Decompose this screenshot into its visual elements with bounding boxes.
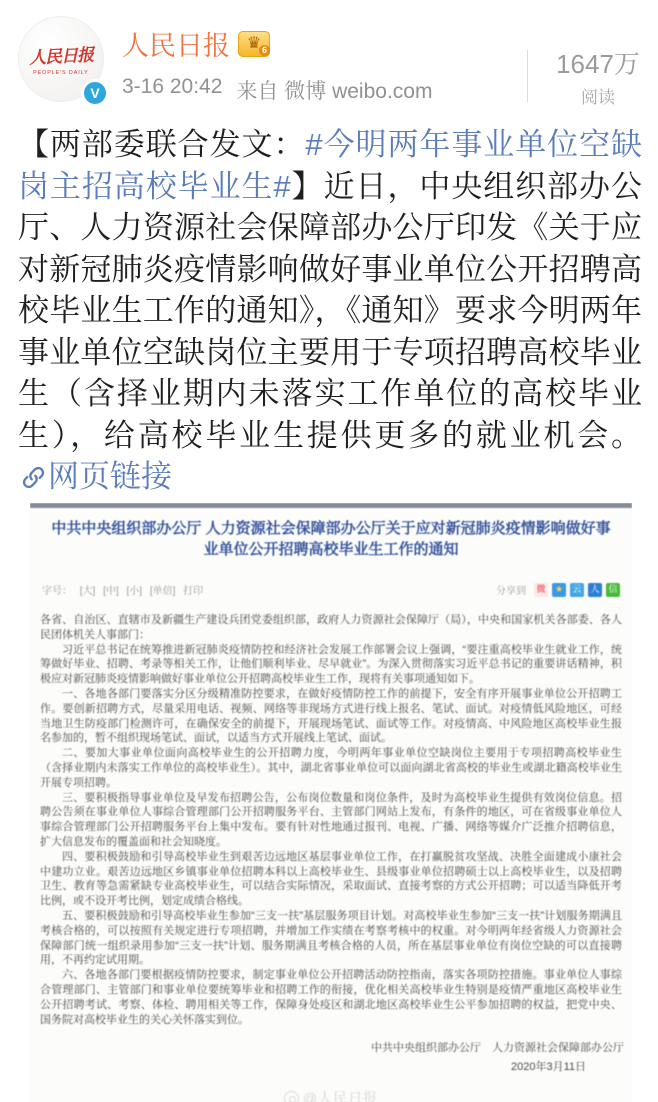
post-text-body: 】近日，中央组织部办公厅、人力资源社会保障部办公厅印发《关于应对新冠肺炎疫情影响… [18,169,642,453]
document-date: 2020年3月11日 [30,1058,632,1074]
share-bar: 分享到 微 ★ 云 人 信 [496,582,620,597]
link-icon [20,464,47,491]
doc-paragraph: 四、要积极鼓励和引导高校毕业生到艰苦边远地区基层事业单位工作，在打赢脱贫攻坚战、… [40,850,622,909]
document-body: 各省、自治区、直辖市及新疆生产建设兵团党委组织部，政府人力资源社会保障厅（局），… [40,613,622,1027]
post-source: 来自 微博 weibo.com [236,75,432,105]
doc-paragraph: 六、各地各部门要根据疫情防控要求，制定事业单位公开招聘活动防控指南，落实各项防控… [40,968,622,1027]
post-text: 【两部委联合发文：#今明两年事业单位空缺岗主招高校毕业生#】近日，中央组织部办公… [18,124,642,498]
document-signature: 中共中央组织部办公厅 人力资源社会保障部办公厅 [30,1039,632,1055]
doc-paragraph: 各省、自治区、直辖市及新疆生产建设兵团党委组织部，政府人力资源社会保障厅（局），… [40,613,622,643]
post-text-prefix: 【两部委联合发文： [18,127,305,162]
document-toolbar: 字号： [大] [中] [小] [单倍] 打印 分享到 微 ★ 云 人 信 [42,582,620,597]
sina-weibo-icon: 微 [534,583,548,597]
watermark: @人民日报 [30,1088,632,1102]
font-size-small: [小] [126,586,142,597]
web-link-label: 网页链接 [48,459,172,494]
font-size-medium: [中] [103,586,119,597]
document-title: 中共中央组织部办公厅 人力资源社会保障部办公厅关于应对新冠肺炎疫情影响做好事业单… [46,518,616,560]
reads-block: 1647万 阅读 [527,44,644,108]
document-top-bar [30,503,632,508]
web-link[interactable]: 网页链接 [18,459,172,494]
weibo-post-page: 人民日报 PEOPLE'S DAILY V 人民日报 ♛ 6 3-16 20:4… [0,0,658,1102]
font-size-label: 字号： [42,586,72,597]
font-size-large: [大] [80,586,96,597]
post-header: 人民日报 PEOPLE'S DAILY V 人民日报 ♛ 6 3-16 20:4… [0,0,658,110]
verified-icon: V [81,79,109,107]
print-label: 打印 [183,586,203,597]
qq-icon: 人 [588,583,602,597]
account-name[interactable]: 人民日报 [122,24,230,63]
vertical-divider [527,50,528,102]
doc-paragraph: 三、要积极指导事业单位及早发布招聘公告，公布岗位数量和岗位条件，及时为高校毕业生… [40,791,622,850]
font-size-controls: 字号： [大] [中] [小] [单倍] 打印 [42,582,208,597]
avatar-en-text: PEOPLE'S DAILY [33,70,89,75]
share-label: 分享到 [496,582,526,597]
watermark-text: @人民日报 [303,1088,378,1102]
doc-paragraph: 五、要积极鼓励和引导高校毕业生参加“三支一扶”基层服务项目计划。对高校毕业生参加… [40,909,622,968]
wechat-icon: 信 [606,583,620,597]
avatar[interactable]: 人民日报 PEOPLE'S DAILY V [18,16,106,104]
avatar-cn-text: 人民日报 [28,40,93,68]
doc-paragraph: 一、各地各部门要落实分区分级精准防控要求，在做好疫情防控工作的前提下，安全有序开… [40,687,622,746]
tencent-weibo-icon: 云 [570,583,584,597]
vip-level-badge: 6 [259,45,270,56]
reads-count: 1647万 [552,44,644,81]
line-spacing: [单倍] [150,586,176,597]
weibo-eye-icon [284,1091,299,1102]
doc-paragraph: 习近平总书记在统筹推进新冠肺炎疫情防控和经济社会发展工作部署会议上强调，“要注重… [40,643,622,687]
document-image[interactable]: 中共中央组织部办公厅 人力资源社会保障部办公厅关于应对新冠肺炎疫情影响做好事业单… [30,503,632,1102]
post-time: 3-16 20:42 [122,75,222,105]
doc-paragraph: 二、要加大事业单位面向高校毕业生的公开招聘力度，今明两年事业单位空缺岗位主要用于… [40,746,622,790]
qzone-icon: ★ [552,583,566,597]
vip-crown-icon[interactable]: ♛ 6 [238,31,270,57]
reads-label: 阅读 [552,83,644,108]
